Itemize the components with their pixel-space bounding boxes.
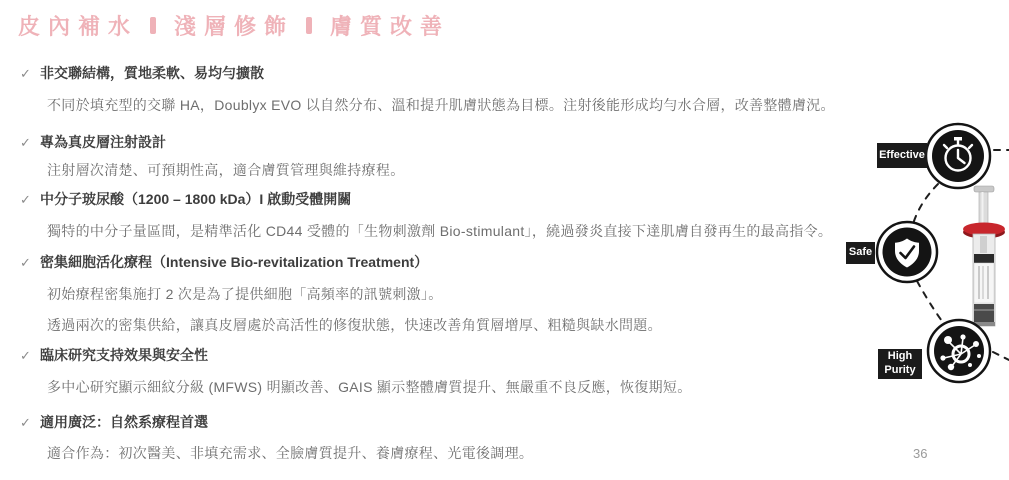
bullet-body-line: 透過兩次的密集供給，讓真皮層處於高活性的修復狀態，快速改善角質層增厚、粗糙與缺水… (47, 315, 662, 335)
effective-badge-label: Effective (877, 143, 927, 168)
bullet-heading: ✓專為真皮層注射設計 (20, 132, 166, 152)
bullet-heading: ✓適用廣泛：自然系療程首選 (20, 412, 208, 432)
bullet-body-line: 不同於填充型的交聯 HA，Doublyx EVO 以自然分布、溫和提升肌膚狀態為… (47, 95, 835, 115)
checkmark-icon: ✓ (20, 255, 40, 271)
checkmark-icon: ✓ (20, 135, 40, 151)
bullet-heading-text: 非交聯結構，質地柔軟、易均勻擴散 (40, 65, 264, 81)
title-segment: 淺層修飾 (174, 10, 294, 41)
bullet-heading: ✓臨床研究支持效果與安全性 (20, 345, 208, 365)
bullet-heading: ✓非交聯結構，質地柔軟、易均勻擴散 (20, 63, 264, 83)
effective-badge-circle (926, 124, 990, 188)
title-segment: 皮內補水 (18, 10, 138, 41)
bullet-heading: ✓密集細胞活化療程（Intensive Bio-revitalization T… (20, 252, 428, 272)
bullet-heading-text: 適用廣泛：自然系療程首選 (40, 414, 208, 430)
bullet-heading-text: 臨床研究支持效果與安全性 (40, 347, 208, 363)
bullet-heading-text: 密集細胞活化療程（Intensive Bio-revitalization Tr… (40, 254, 428, 270)
high-purity-badge-circle (928, 320, 990, 382)
page-title: 皮內補水 淺層修飾 膚質改善 (18, 10, 450, 41)
safe-badge-label: Safe (846, 242, 875, 264)
bullet-body-line: 初始療程密集施打 2 次是為了提供細胞「高頻率的訊號刺激」。 (47, 284, 443, 304)
checkmark-icon: ✓ (20, 66, 40, 82)
bullet-body-line: 適合作為：初次醫美、非填充需求、全臉膚質提升、養膚療程、光電後調理。 (47, 443, 533, 463)
presentation-slide: 皮內補水 淺層修飾 膚質改善 ✓非交聯結構，質地柔軟、易均勻擴散 不同於填充型的… (0, 0, 1009, 480)
bullet-heading: ✓中分子玻尿酸（1200 – 1800 kDa）I 啟動受體開關 (20, 189, 351, 209)
syringe-illustration (963, 186, 1005, 326)
bullet-body-line: 多中心研究顯示細紋分級 (MFWS) 明顯改善、GAIS 顯示整體膚質提升、無嚴… (47, 377, 692, 397)
bullet-body-line: 注射層次清楚、可預期性高，適合膚質管理與維持療程。 (47, 160, 405, 180)
bullet-body-line: 獨特的中分子量區間，是精準活化 CD44 受體的「生物刺激劑 Bio-stimu… (47, 221, 832, 241)
page-number: 36 (913, 446, 927, 461)
safe-badge-circle (877, 222, 937, 282)
bullet-heading-text: 中分子玻尿酸（1200 – 1800 kDa）I 啟動受體開關 (40, 191, 351, 207)
checkmark-icon: ✓ (20, 348, 40, 364)
title-segment: 膚質改善 (330, 10, 450, 41)
title-separator-bar (306, 17, 312, 34)
checkmark-icon: ✓ (20, 415, 40, 431)
high-purity-badge-label: High Purity (878, 349, 922, 379)
checkmark-icon: ✓ (20, 192, 40, 208)
bullet-heading-text: 專為真皮層注射設計 (40, 134, 166, 150)
title-separator-bar (150, 17, 156, 34)
